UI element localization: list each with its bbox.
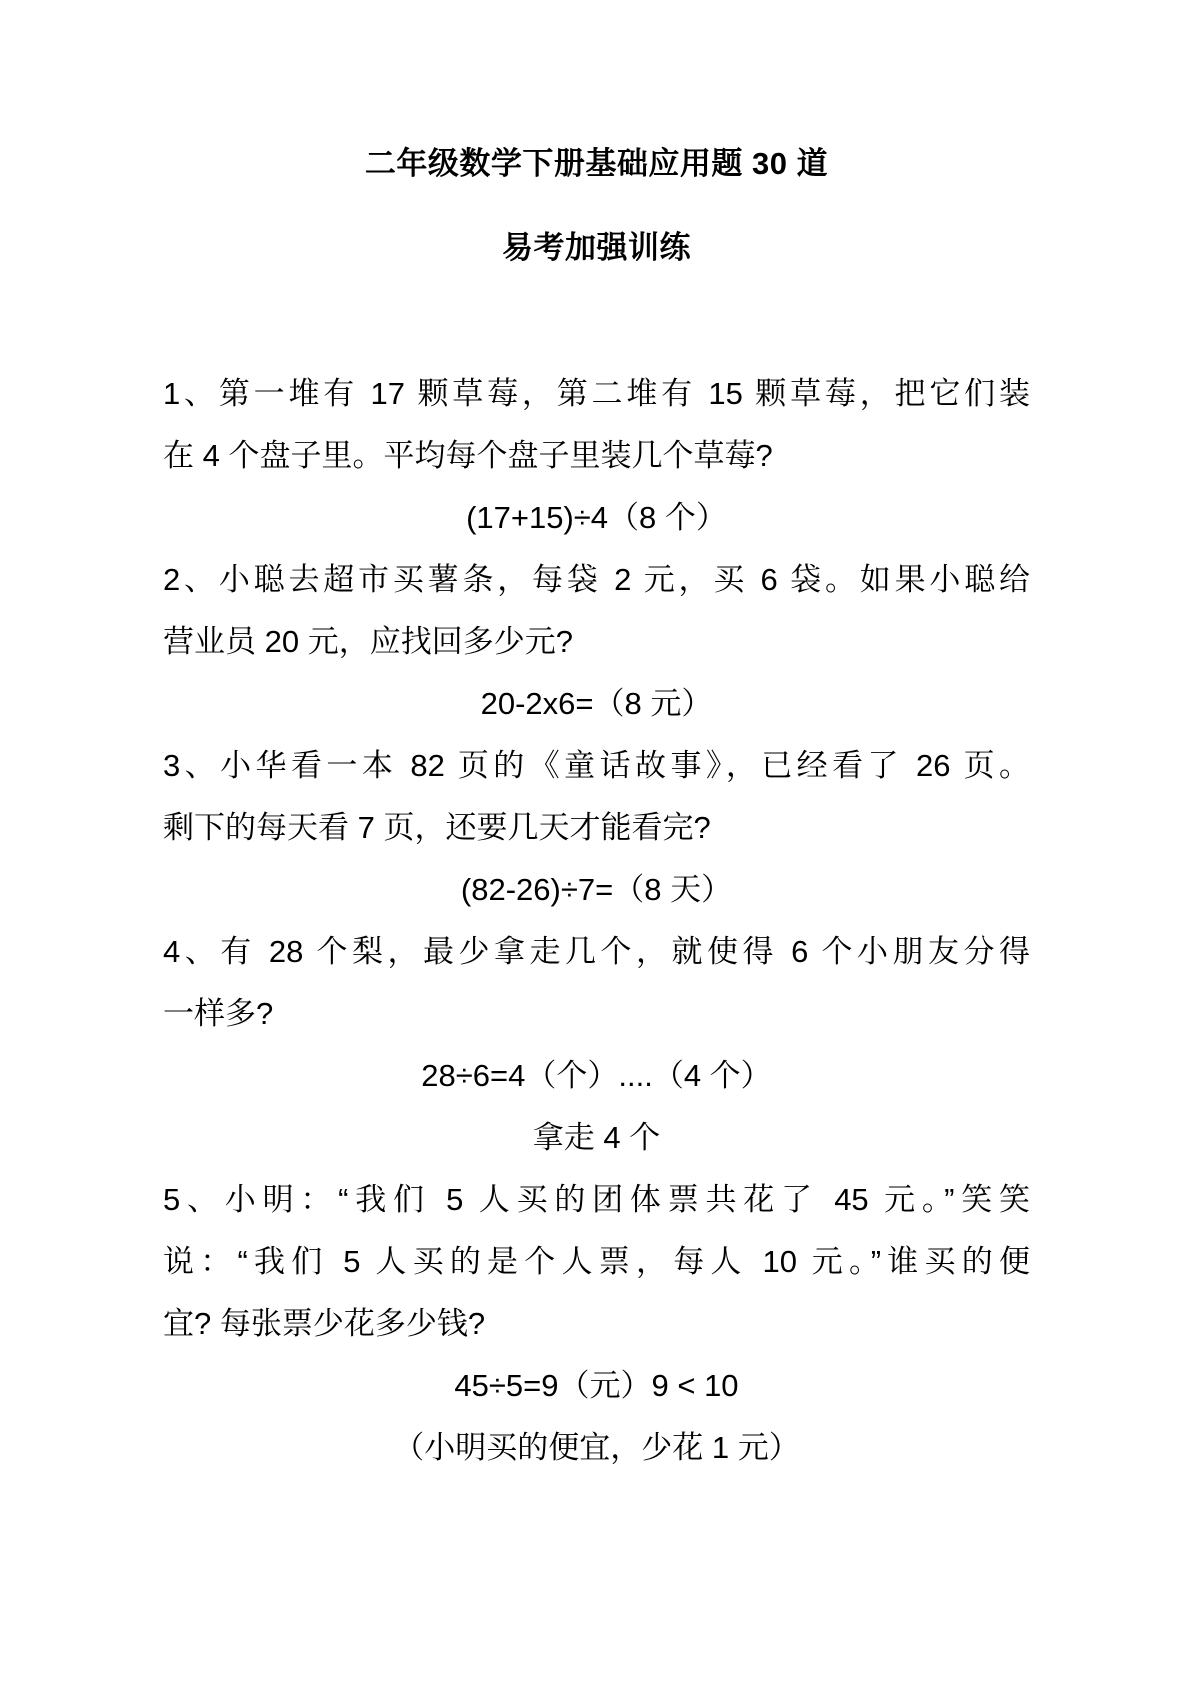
question-line: 宜? 每张票少花多少钱? — [163, 1293, 1030, 1355]
answer-line: 拿走 4 个 — [163, 1107, 1030, 1169]
question-line: 4、有 28 个梨，最少拿走几个，就使得 6 个小朋友分得 — [163, 921, 1030, 983]
page-subtitle: 易考加强训练 — [163, 228, 1030, 268]
problem-4: 4、有 28 个梨，最少拿走几个，就使得 6 个小朋友分得 一样多? 28÷6=… — [163, 921, 1030, 1169]
answer-line: (17+15)÷4（8 个） — [163, 487, 1030, 549]
problem-2: 2、小聪去超市买薯条，每袋 2 元，买 6 袋。如果小聪给 营业员 20 元，应… — [163, 549, 1030, 735]
problem-3: 3、小华看一本 82 页的《童话故事》，已经看了 26 页。 剩下的每天看 7 … — [163, 735, 1030, 921]
answer-line: 28÷6=4（个）....（4 个） — [163, 1045, 1030, 1107]
problem-1: 1、第一堆有 17 颗草莓，第二堆有 15 颗草莓，把它们装 在 4 个盘子里。… — [163, 363, 1030, 549]
worksheet-body: 1、第一堆有 17 颗草莓，第二堆有 15 颗草莓，把它们装 在 4 个盘子里。… — [163, 363, 1030, 1479]
question-line: 剩下的每天看 7 页，还要几天才能看完? — [163, 797, 1030, 859]
document-page: 二年级数学下册基础应用题 30 道 易考加强训练 1、第一堆有 17 颗草莓，第… — [0, 0, 1191, 1684]
problem-5: 5、小明：“我们 5 人买的团体票共花了 45 元。”笑笑 说：“我们 5 人买… — [163, 1169, 1030, 1479]
question-line: 1、第一堆有 17 颗草莓，第二堆有 15 颗草莓，把它们装 — [163, 363, 1030, 425]
question-line: 一样多? — [163, 983, 1030, 1045]
question-line: 说：“我们 5 人买的是个人票，每人 10 元。”谁买的便 — [163, 1231, 1030, 1293]
answer-line: 20-2x6=（8 元） — [163, 673, 1030, 735]
answer-line: （小明买的便宜，少花 1 元） — [163, 1417, 1030, 1479]
answer-line: 45÷5=9（元）9 < 10 — [163, 1355, 1030, 1417]
page-title: 二年级数学下册基础应用题 30 道 — [163, 144, 1030, 184]
question-line: 在 4 个盘子里。平均每个盘子里装几个草莓? — [163, 425, 1030, 487]
answer-line: (82-26)÷7=（8 天） — [163, 859, 1030, 921]
question-line: 5、小明：“我们 5 人买的团体票共花了 45 元。”笑笑 — [163, 1169, 1030, 1231]
question-line: 营业员 20 元，应找回多少元? — [163, 611, 1030, 673]
question-line: 2、小聪去超市买薯条，每袋 2 元，买 6 袋。如果小聪给 — [163, 549, 1030, 611]
question-line: 3、小华看一本 82 页的《童话故事》，已经看了 26 页。 — [163, 735, 1030, 797]
